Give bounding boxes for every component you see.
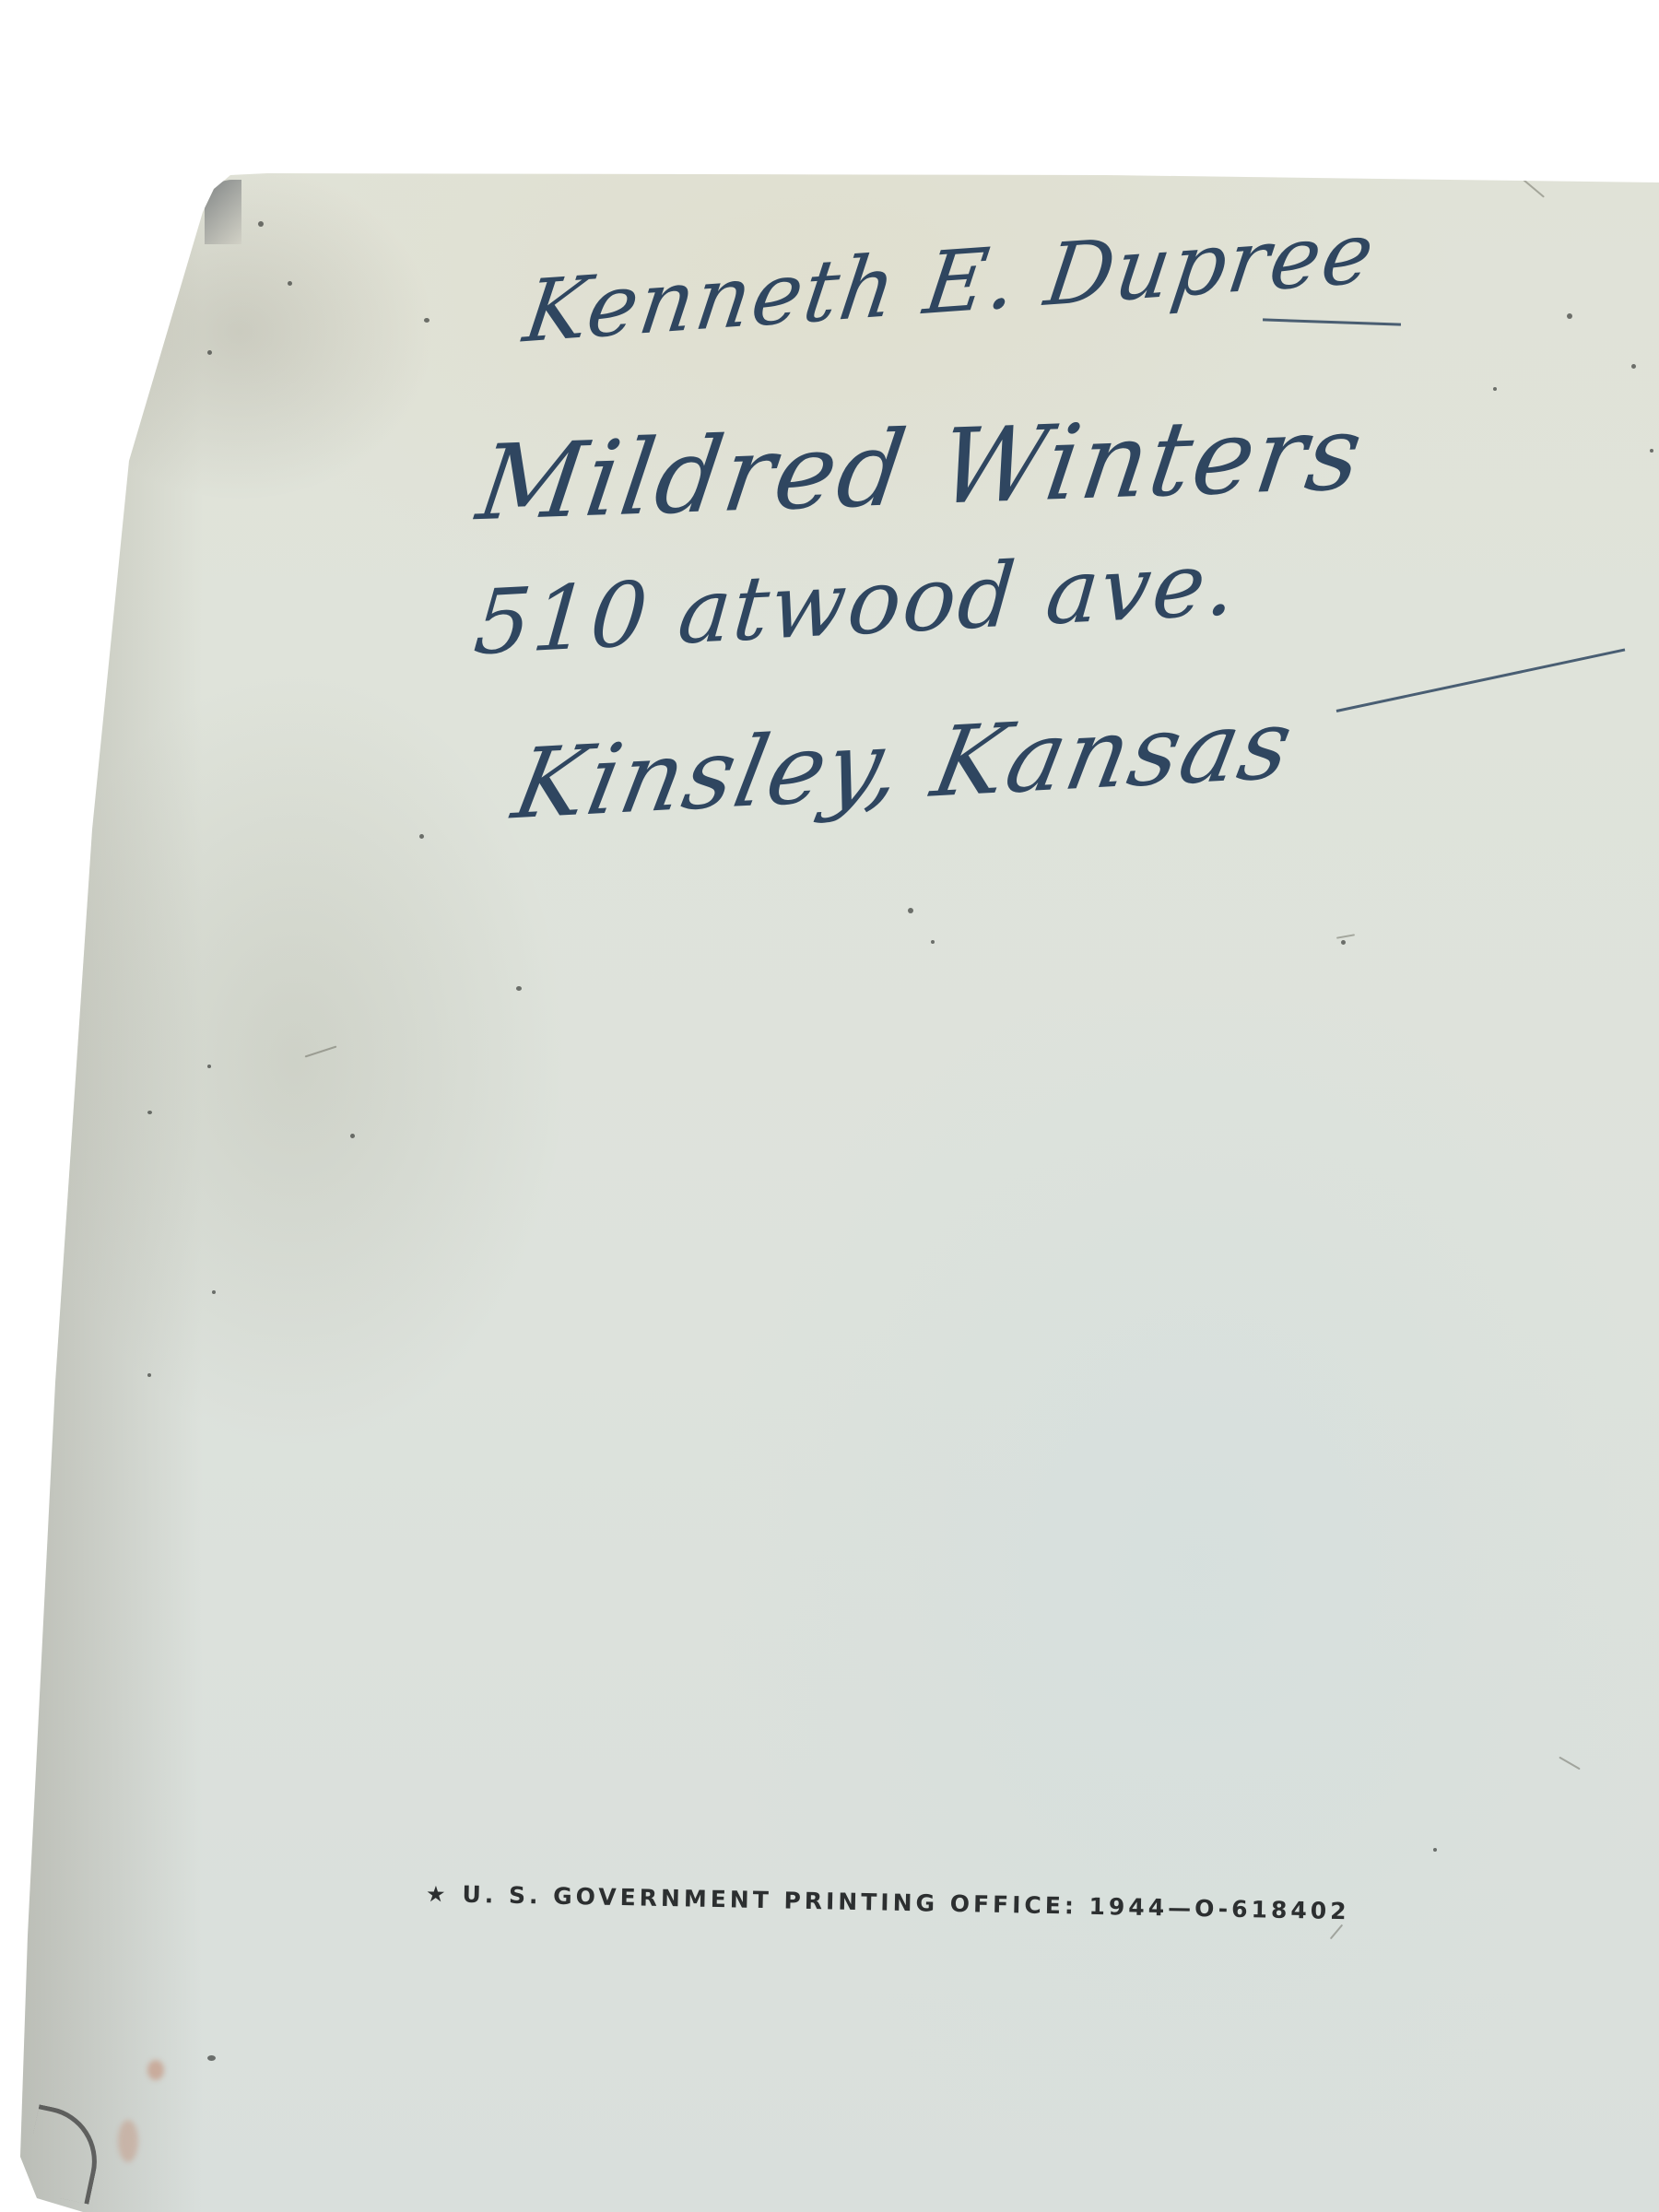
rust-stain <box>118 2120 138 2162</box>
rust-stain <box>147 2060 164 2080</box>
paper-sheet: Kenneth E. Dupree Mildred Winters 510 at… <box>0 0 1659 2212</box>
imprint-text: U. S. GOVERNMENT PRINTING OFFICE: 1944—O… <box>462 1881 1350 1924</box>
paper-fiber <box>1559 1757 1581 1771</box>
folded-corner-top <box>205 180 241 244</box>
handwriting-flourish <box>1263 318 1401 325</box>
handwritten-name-mildred: Mildred Winters <box>471 393 1371 544</box>
paper-fiber <box>1330 1924 1343 1940</box>
paper-speck <box>1567 313 1572 319</box>
paper-speck <box>1493 387 1497 391</box>
handwriting-flourish <box>1336 649 1626 712</box>
paper-speck <box>147 1111 152 1114</box>
paper-speck <box>424 318 429 323</box>
paper-speck <box>1341 940 1346 945</box>
paper-speck <box>288 281 292 286</box>
paper-speck <box>258 221 264 227</box>
paper-speck <box>1650 449 1653 453</box>
paper-fiber <box>1336 934 1355 938</box>
handwritten-name-kenneth: Kenneth E. Dupree <box>518 203 1382 362</box>
folded-corner-bottom <box>21 2104 107 2205</box>
paper-speck <box>419 834 424 839</box>
printer-imprint: ★ U. S. GOVERNMENT PRINTING OFFICE: 1944… <box>426 1880 1350 1924</box>
paper-speck <box>147 1373 151 1377</box>
paper-speck <box>1433 1848 1437 1852</box>
paper-fiber <box>1515 172 1545 197</box>
paper-speck <box>931 940 935 944</box>
paper-speck <box>1631 364 1636 369</box>
paper-speck <box>350 1134 355 1138</box>
star-icon: ★ <box>426 1881 446 1907</box>
paper-speck <box>212 1290 216 1294</box>
paper-speck <box>516 986 522 991</box>
paper-speck <box>207 2055 216 2061</box>
photo-stage: Kenneth E. Dupree Mildred Winters 510 at… <box>0 0 1659 2212</box>
handwritten-city-state: Kinsley, Kansas <box>505 687 1302 841</box>
paper-fiber <box>305 1045 337 1057</box>
handwritten-street-address: 510 atwood ave. <box>470 531 1241 675</box>
paper-speck <box>207 350 212 355</box>
paper-speck <box>207 1065 211 1068</box>
paper-speck <box>908 908 913 913</box>
